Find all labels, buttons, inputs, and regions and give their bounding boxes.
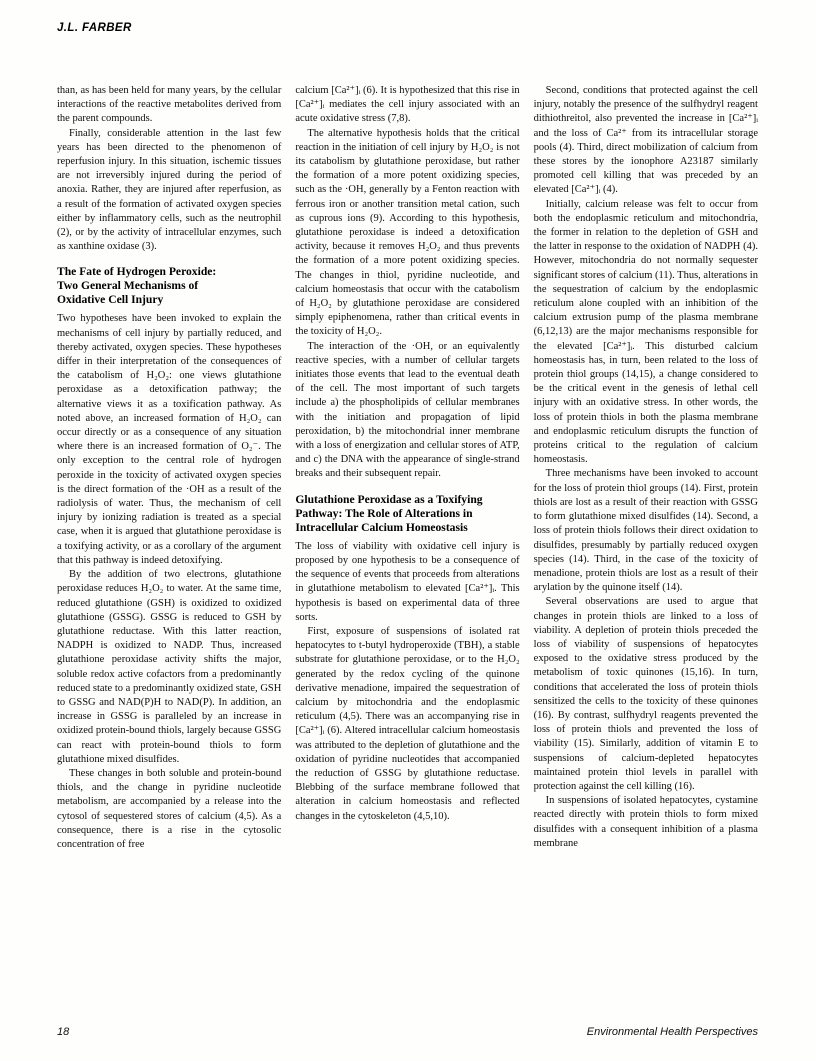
paragraph: By the addition of two electrons, glutat… (57, 568, 281, 767)
paragraph: The interaction of the ·OH, or an equiva… (295, 340, 519, 482)
column-1: than, as has been held for many years, b… (57, 84, 281, 852)
paragraph: In suspensions of isolated hepatocytes, … (534, 794, 758, 851)
journal-page: J.L. FARBER than, as has been held for m… (0, 0, 816, 1060)
section-heading: The Fate of Hydrogen Peroxide: Two Gener… (57, 265, 281, 307)
paragraph: than, as has been held for many years, b… (57, 84, 281, 127)
column-2: calcium [Ca²⁺]ᵢ (6). It is hypothesized … (295, 84, 519, 852)
paragraph: Several observations are used to argue t… (534, 595, 758, 794)
paragraph: calcium [Ca²⁺]ᵢ (6). It is hypothesized … (295, 84, 519, 127)
paragraph: Two hypotheses have been invoked to expl… (57, 312, 281, 568)
paragraph: The loss of viability with oxidative cel… (295, 540, 519, 625)
paragraph: Three mechanisms have been invoked to ac… (534, 467, 758, 595)
running-head-author: J.L. FARBER (57, 22, 132, 34)
paragraph: First, exposure of suspensions of isolat… (295, 625, 519, 824)
page-number: 18 (57, 1026, 69, 1038)
paragraph: Finally, considerable attention in the l… (57, 127, 281, 255)
section-heading: Glutathione Peroxidase as a Toxifying Pa… (295, 493, 519, 535)
journal-name: Environmental Health Perspectives (587, 1026, 758, 1038)
column-3: Second, conditions that protected agains… (534, 84, 758, 852)
page-footer: 18 Environmental Health Perspectives (57, 1026, 758, 1038)
paragraph: Second, conditions that protected agains… (534, 84, 758, 198)
paragraph: The alternative hypothesis holds that th… (295, 127, 519, 340)
paragraph: Initially, calcium release was felt to o… (534, 198, 758, 468)
paragraph: These changes in both soluble and protei… (57, 767, 281, 852)
article-columns: than, as has been held for many years, b… (57, 84, 758, 852)
